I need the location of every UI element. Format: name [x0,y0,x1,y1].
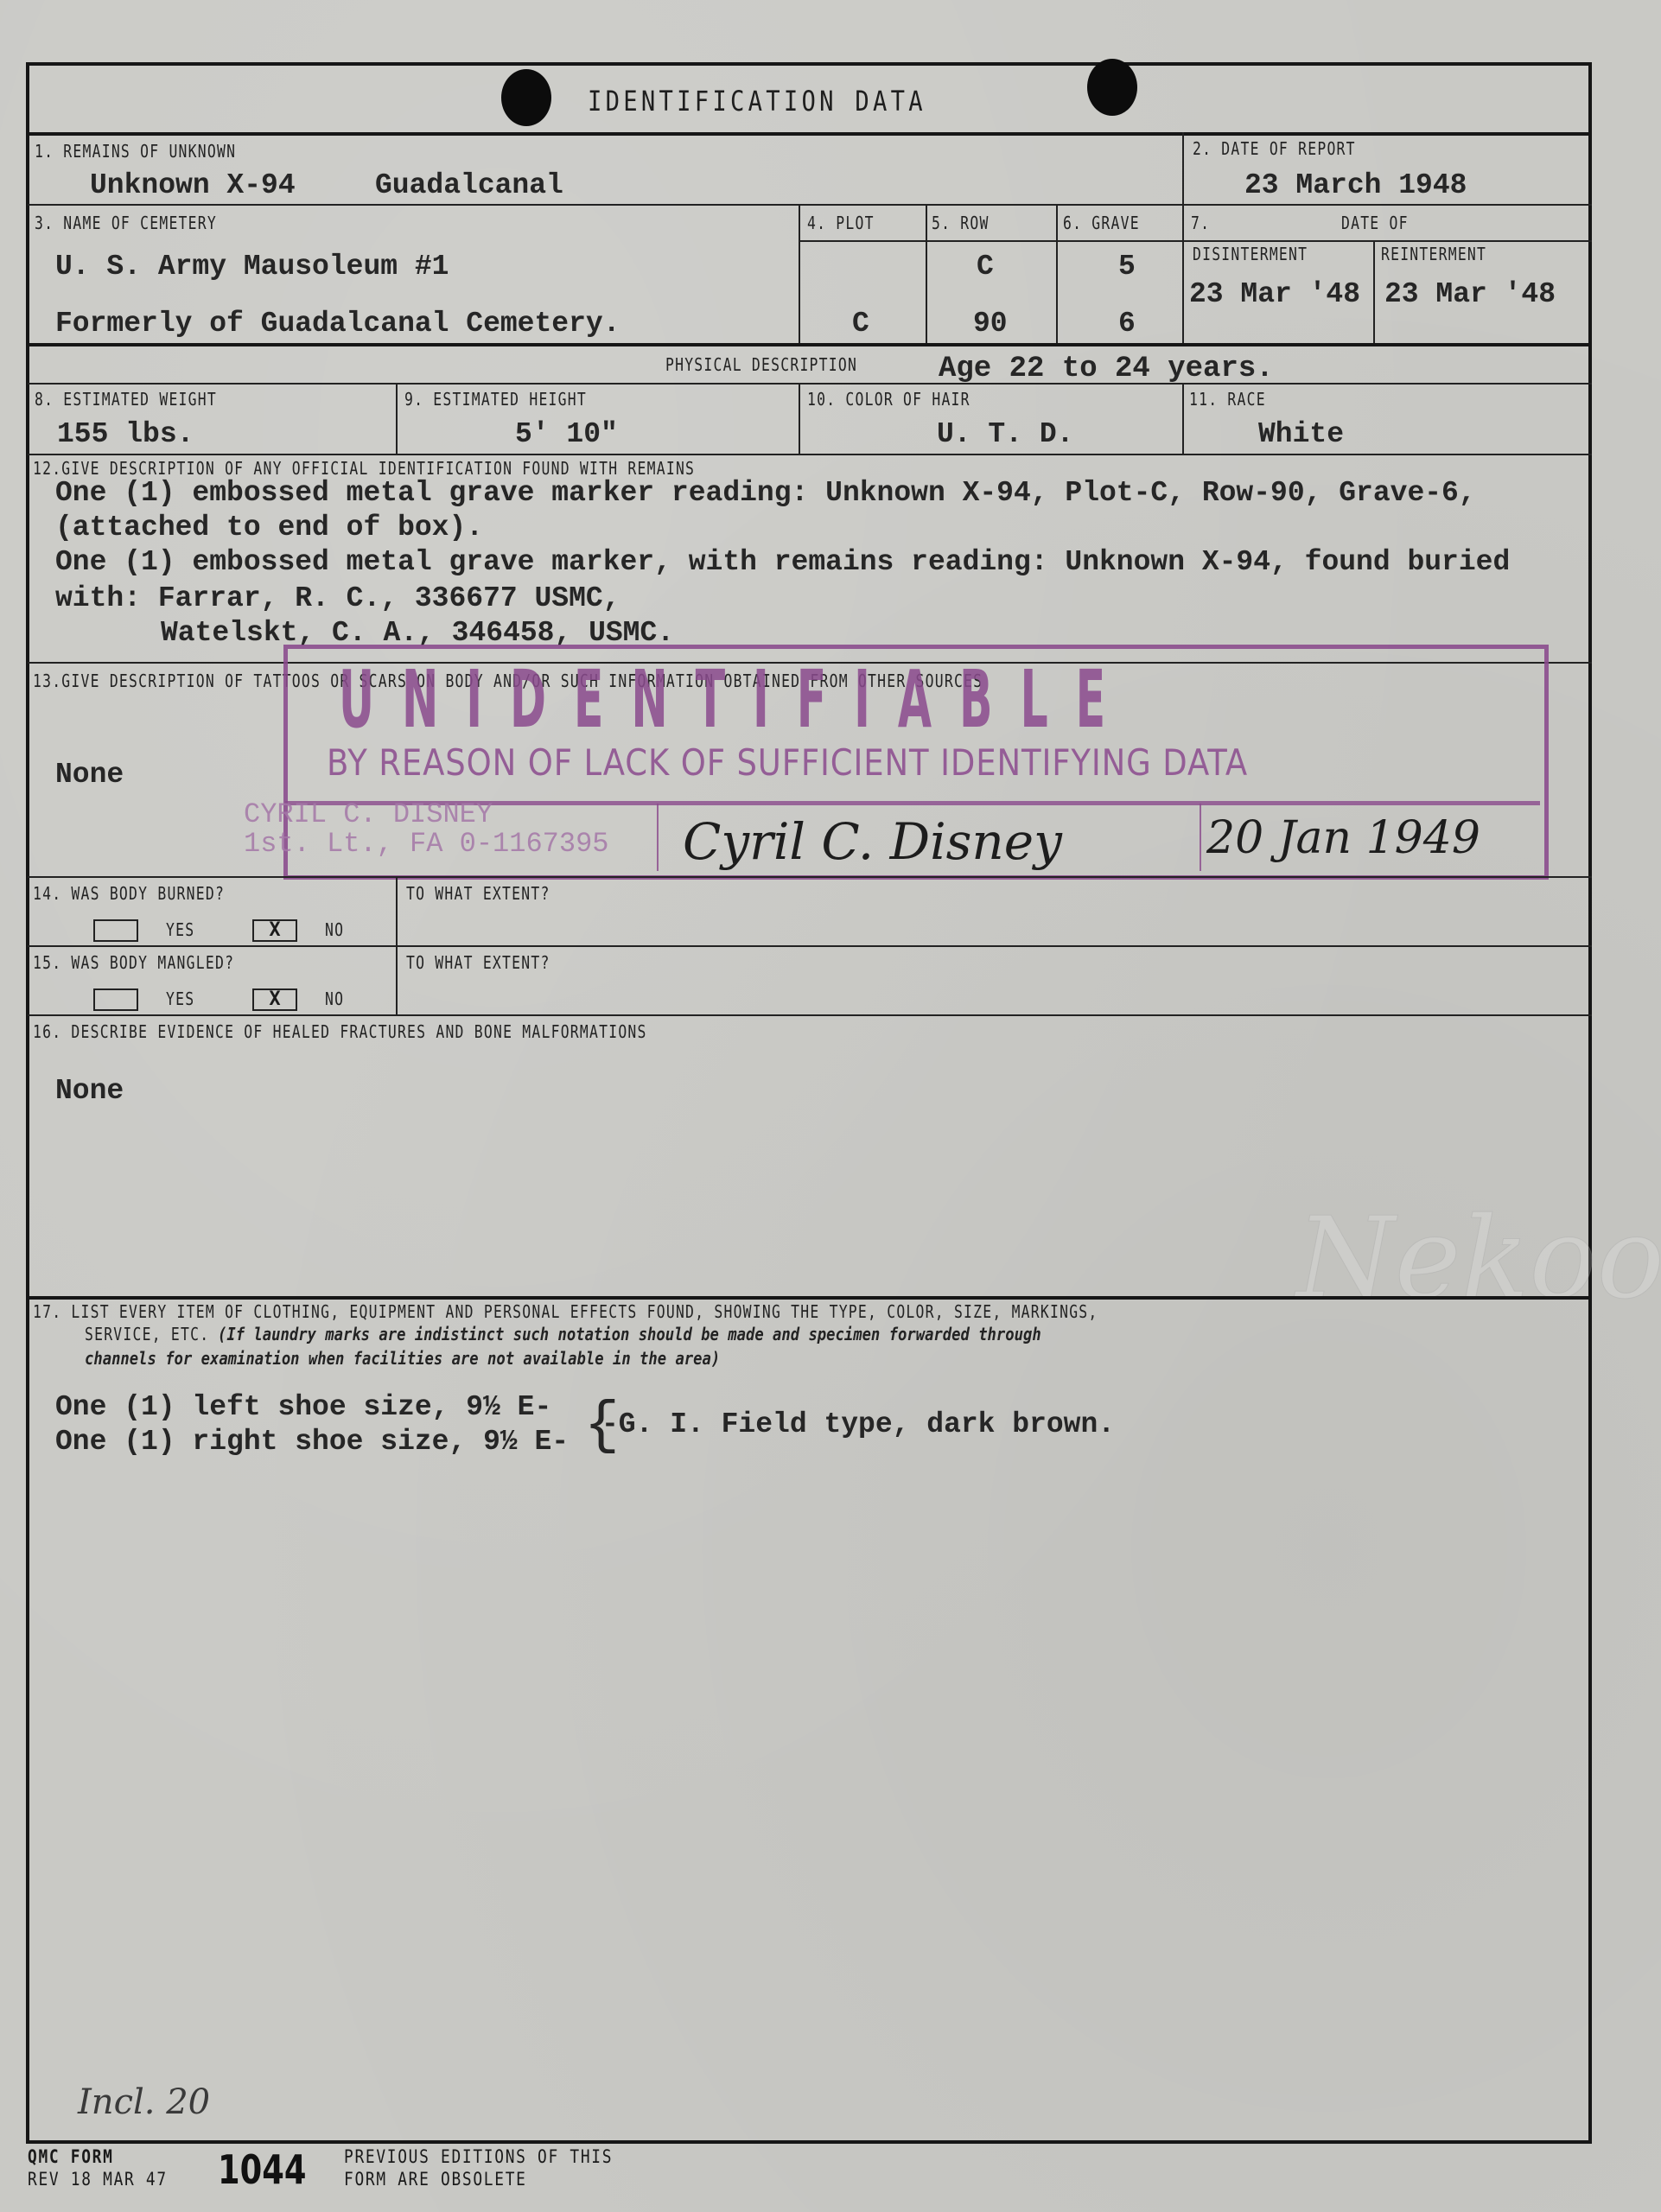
row-line1: C [977,251,994,283]
tattoos-scars-value: None [55,759,124,791]
physical-description-value: Age 22 to 24 years. [939,353,1274,385]
race-label: 11. RACE [1189,389,1266,410]
form-top-border [28,62,1592,66]
burned-extent-label: TO WHAT EXTENT? [406,883,550,904]
burned-yes-checkbox[interactable] [93,919,138,942]
stamp-divider-sig [657,804,659,871]
cemetery-line2: Formerly of Guadalcanal Cemetery. [55,308,620,340]
burned-yes-label: YES [166,919,194,940]
divider-v-date-report [1182,132,1184,343]
hair-color-label: 10. COLOR OF HAIR [807,389,971,410]
mangled-extent-label: TO WHAT EXTENT? [406,952,550,973]
fractures-value: None [55,1075,124,1107]
hair-color-value: U. T. D. [937,418,1073,450]
stamp-subline: BY REASON OF LACK OF SUFFICIENT IDENTIFY… [327,741,1248,784]
remains-label: 1. REMAINS OF UNKNOWN [35,141,236,162]
stamp-divider-date [1200,804,1201,871]
divider-v-height [396,383,398,454]
divider-v-hair [799,383,800,454]
burned-no-label: NO [325,919,344,940]
official-id-line1: One (1) embossed metal grave marker read… [55,477,1476,509]
plot-label: 4. PLOT [807,213,875,233]
effects-item-right-shoe: One (1) right shoe size, 9½ E- [55,1426,569,1458]
fractures-label: 16. DESCRIBE EVIDENCE OF HEALED FRACTURE… [33,1021,647,1042]
date-of-label: DATE OF [1341,213,1409,233]
form-left-border [26,62,29,2144]
reinterment-label: REINTERMENT [1381,244,1486,264]
divider-row17 [28,1296,1592,1300]
weight-value: 155 lbs. [57,418,194,450]
handwritten-inclosure-note: Incl. 20 [78,2082,210,2122]
row-label: 5. ROW [932,213,990,233]
row-line2: 90 [973,308,1008,340]
effects-instruction-line3: channels for examination when facilities… [85,1348,720,1369]
divider-row15 [28,945,1592,947]
footer-notice-line2: FORM ARE OBSOLETE [344,2169,527,2190]
weight-label: 8. ESTIMATED WEIGHT [35,389,217,410]
remains-id-value: Unknown X-94 [90,169,296,201]
mangled-no-label: NO [325,988,344,1009]
date-of-num: 7. [1191,213,1210,233]
burned-no-checkbox[interactable]: X [252,919,297,942]
form-title: IDENTIFICATION DATA [588,85,926,118]
race-value: White [1258,418,1344,450]
divider-v-reinterment [1373,240,1375,343]
divider-row12 [28,454,1592,455]
stamp-officer-name: CYRIL C. DISNEY [244,798,493,830]
effects-label-line1: 17. LIST EVERY ITEM OF CLOTHING, EQUIPME… [33,1301,1098,1322]
height-label: 9. ESTIMATED HEIGHT [404,389,587,410]
divider-v-plot [799,204,800,343]
grave-label: 6. GRAVE [1063,213,1140,233]
footer-form-prefix: QMC FORM [28,2146,114,2167]
divider-v-grave [1056,204,1058,343]
grave-line2: 6 [1118,308,1136,340]
official-id-line3: One (1) embossed metal grave marker, wit… [55,546,1510,578]
divider-row2 [28,204,1592,206]
effects-item-note: -G. I. Field type, dark brown. [601,1408,1115,1440]
divider-physical [28,343,1592,346]
binder-hole-left [501,69,551,126]
binder-hole-right [1087,59,1137,116]
mangled-no-checkbox[interactable]: X [252,988,297,1011]
date-of-report-value: 23 March 1948 [1244,169,1467,201]
plot-line2: C [852,308,869,340]
burned-label: 14. WAS BODY BURNED? [33,883,225,904]
grave-line1: 5 [1118,251,1136,283]
footer-revision: REV 18 MAR 47 [28,2169,168,2190]
mangled-label: 15. WAS BODY MANGLED? [33,952,234,973]
remains-place-value: Guadalcanal [375,169,563,201]
divider-v-race [1182,383,1184,454]
effects-instruction-line2: (If laundry marks are indistinct such no… [218,1324,1041,1344]
divider-row16 [28,1014,1592,1016]
form-right-border [1588,62,1592,2144]
official-id-line4: with: Farrar, R. C., 336677 USMC, [55,582,620,614]
mangled-yes-label: YES [166,988,194,1009]
paper-watermark: Nekoosa [1296,1192,1661,1324]
footer-notice-line1: PREVIOUS EDITIONS OF THIS [344,2146,613,2167]
official-id-line2: (attached to end of box). [55,512,483,543]
footer-form-number: 1044 [218,2146,306,2193]
disinterment-label: DISINTERMENT [1193,244,1308,264]
cemetery-label: 3. NAME OF CEMETERY [35,213,217,233]
mangled-yes-checkbox[interactable] [93,988,138,1011]
form-bottom-border [28,2140,1592,2144]
stamp-officer-rank: 1st. Lt., FA 0-1167395 [244,828,608,860]
effects-label-line2-prefix: SERVICE, ETC. [85,1324,209,1344]
date-of-report-label: 2. DATE OF REPORT [1193,138,1356,159]
official-id-label: 12.GIVE DESCRIPTION OF ANY OFFICIAL IDEN… [33,458,695,479]
stamp-headline: UNIDENTIFIABLE [339,653,1133,746]
cemetery-line1: U. S. Army Mausoleum #1 [55,251,449,283]
checkmark-x-icon: X [254,921,296,940]
divider-title [28,132,1592,136]
divider-row14 [28,876,1592,878]
disinterment-value: 23 Mar '48 [1189,278,1360,310]
officer-signature: Cyril C. Disney [683,812,1062,871]
divider-v-row [926,204,927,343]
stamp-date: 20 Jan 1949 [1206,812,1480,864]
divider-subheader [799,240,1592,242]
height-value: 5' 10" [515,418,618,450]
physical-description-label: PHYSICAL DESCRIPTION [665,354,857,375]
checkmark-x-icon: X [254,990,296,1009]
reinterment-value: 23 Mar '48 [1384,278,1556,310]
divider-row-measurements [28,383,1592,385]
effects-item-left-shoe: One (1) left shoe size, 9½ E- [55,1391,551,1423]
